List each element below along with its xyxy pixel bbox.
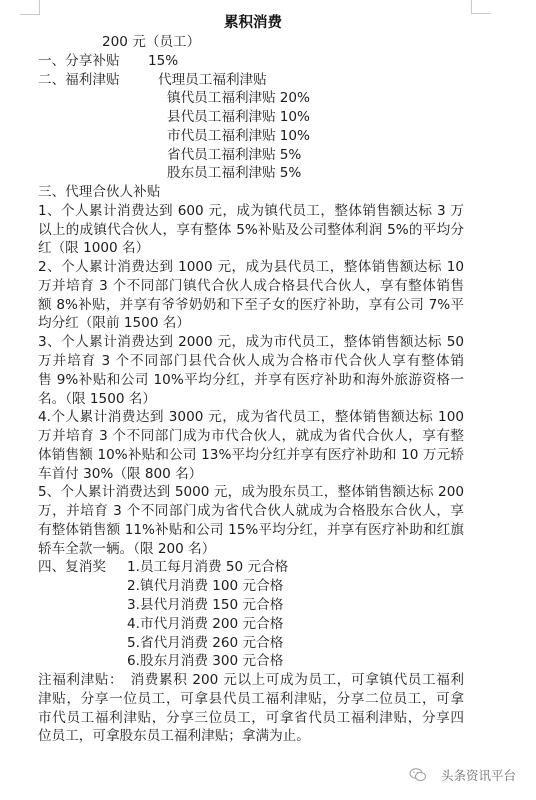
paragraph-line: 轿车全款一辆。（限 200 名）: [38, 540, 464, 559]
repurchase-item: 3.县代月消费 150 元合格: [38, 596, 464, 615]
section-three-label: 三、代理合伙人补贴: [38, 183, 464, 202]
repurchase-item: 4.市代月消费 200 元合格: [38, 615, 464, 634]
wechat-icon: [409, 767, 427, 783]
partner-tier-1: 1、个人累计消费达到 600 元，成为镇代员工，整体销售额达标 3 万 以上的成…: [38, 202, 464, 258]
paragraph-line: 万并培育 3 个不同部门县代合伙人成为合格市代合伙人享有整体销: [38, 352, 464, 371]
allowance-item: 县代员工福利津贴10%: [38, 108, 464, 127]
paragraph-line: 额 8%补贴，并享有爷爷奶奶和下至子女的医疗补助，享有公司 7%平: [38, 296, 464, 315]
section-one-value: 15%: [148, 53, 178, 69]
crop-mark-top-right-vertical: [471, 0, 472, 14]
welfare-note: 注福利津贴： 消费累积 200 元以上可成为员工，可拿镇代员工福利 津贴，分享一…: [38, 671, 464, 746]
section-two-heading: 代理员工福利津贴: [158, 72, 267, 88]
allowance-item: 股东员工福利津贴5%: [38, 164, 464, 183]
section-one-label: 一、分享补贴: [38, 52, 148, 71]
crop-mark-top-left-vertical: [39, 0, 40, 14]
repurchase-item: 2.镇代月消费 100 元合格: [38, 577, 464, 596]
crop-mark-top-right-horizontal: [471, 13, 491, 14]
section-two-label: 二、福利津贴: [38, 71, 158, 90]
paragraph-line: 4.个人累计消费达到 3000 元，成为省代员工，整体销售额达标 100: [38, 408, 464, 427]
allowance-rate: 5%: [280, 147, 302, 163]
section-share-subsidy: 一、分享补贴15%: [38, 52, 464, 71]
allowance-name: 省代员工福利津贴: [167, 147, 276, 163]
partner-tier-3: 3、个人累计消费达到 2000 元，成为市代员工，整体销售额达标 50 万并培育…: [38, 333, 464, 408]
document-subtitle: 200 元（员工）: [38, 33, 464, 52]
paragraph-line: 5、个人累计消费达到 5000 元，成为股东员工，整体销售额达标 200: [38, 483, 464, 502]
note-line: 注福利津贴： 消费累积 200 元以上可成为员工，可拿镇代员工福利: [38, 671, 464, 690]
allowance-rate: 5%: [280, 165, 302, 181]
note-line: 津贴，分享一位员工，可拿县代员工福利津贴，分享二位员工，可拿: [38, 690, 464, 709]
paragraph-line: 万，并培育 3 个不同部门成为省代合伙人就成为合格股东合伙人，享: [38, 502, 464, 521]
note-line: 市代员工福利津贴，分享三位员工，可拿省代员工福利津贴，分享四: [38, 709, 464, 728]
allowance-item: 省代员工福利津贴5%: [38, 146, 464, 165]
paragraph-line: 3、个人累计消费达到 2000 元，成为市代员工，整体销售额达标 50: [38, 333, 464, 352]
watermark-text: 头条资讯平台: [441, 766, 516, 784]
paragraph-line: 有整体销售额 11%补贴和公司 15%平均分红，并享有医疗补助和红旗: [38, 521, 464, 540]
paragraph-line: 1、个人累计消费达到 600 元，成为镇代员工，整体销售额达标 3 万: [38, 202, 464, 221]
allowance-rate: 10%: [280, 109, 310, 125]
source-watermark: 头条资讯平台: [409, 766, 516, 784]
allowance-name: 县代员工福利津贴: [167, 109, 276, 125]
paragraph-line: 售 9%补贴和公司 10%平均分红，并享有医疗补助和海外旅游资格一: [38, 371, 464, 390]
paragraph-line: 以上的成镇代合伙人，享有整体 5%补贴及公司整体利润 5%的平均分: [38, 221, 464, 240]
section-welfare-allowance: 二、福利津贴代理员工福利津贴: [38, 71, 464, 90]
paragraph-line: 红（限 1000 名）: [38, 239, 464, 258]
repurchase-item: 6.股东月消费 300 元合格: [38, 652, 464, 671]
allowance-item: 镇代员工福利津贴20%: [38, 89, 464, 108]
paragraph-line: 名。（限 1500 名）: [38, 390, 464, 409]
allowance-rate: 10%: [280, 128, 310, 144]
partner-tier-5: 5、个人累计消费达到 5000 元，成为股东员工，整体销售额达标 200 万，并…: [38, 483, 464, 558]
allowance-name: 镇代员工福利津贴: [167, 90, 276, 106]
partner-tier-2: 2、个人累计消费达到 1000 元，成为县代员工，整体销售额达标 10 万并培育…: [38, 258, 464, 333]
repurchase-item: 1.员工每月消费 50 元合格: [127, 559, 288, 575]
allowance-name: 市代员工福利津贴: [167, 128, 276, 144]
section-repurchase-reward: 四、复消奖1.员工每月消费 50 元合格: [38, 558, 464, 577]
allowance-name: 股东员工福利津贴: [167, 165, 276, 181]
allowance-rate: 20%: [280, 90, 310, 106]
crop-mark-top-left-horizontal: [20, 14, 40, 15]
paragraph-line: 2、个人累计消费达到 1000 元，成为县代员工，整体销售额达标 10: [38, 258, 464, 277]
section-four-label: 四、复消奖: [38, 558, 127, 577]
paragraph-line: 车首付 30%（限 800 名）: [38, 465, 464, 484]
document-title: 累积消费: [38, 13, 464, 33]
document-body: 累积消费 200 元（员工） 一、分享补贴15% 二、福利津贴代理员工福利津贴 …: [38, 13, 464, 746]
paragraph-line: 万并培育 3 个不同部门镇代合伙人成合格县代合伙人，享有整体销售: [38, 277, 464, 296]
allowance-item: 市代员工福利津贴10%: [38, 127, 464, 146]
repurchase-item: 5.省代月消费 260 元合格: [38, 634, 464, 653]
paragraph-line: 万并培育 3 个不同部门成为市代合伙人，就成为省代合伙人，享有整: [38, 427, 464, 446]
note-line: 位员工，可拿股东员工福利津贴；拿满为止。: [38, 727, 464, 746]
partner-tier-4: 4.个人累计消费达到 3000 元，成为省代员工，整体销售额达标 100 万并培…: [38, 408, 464, 483]
paragraph-line: 体销售额 10%补贴和公司 13%平均分红并享有医疗补助和 10 万元轿: [38, 446, 464, 465]
paragraph-line: 均分红（限前 1500 名）: [38, 314, 464, 333]
